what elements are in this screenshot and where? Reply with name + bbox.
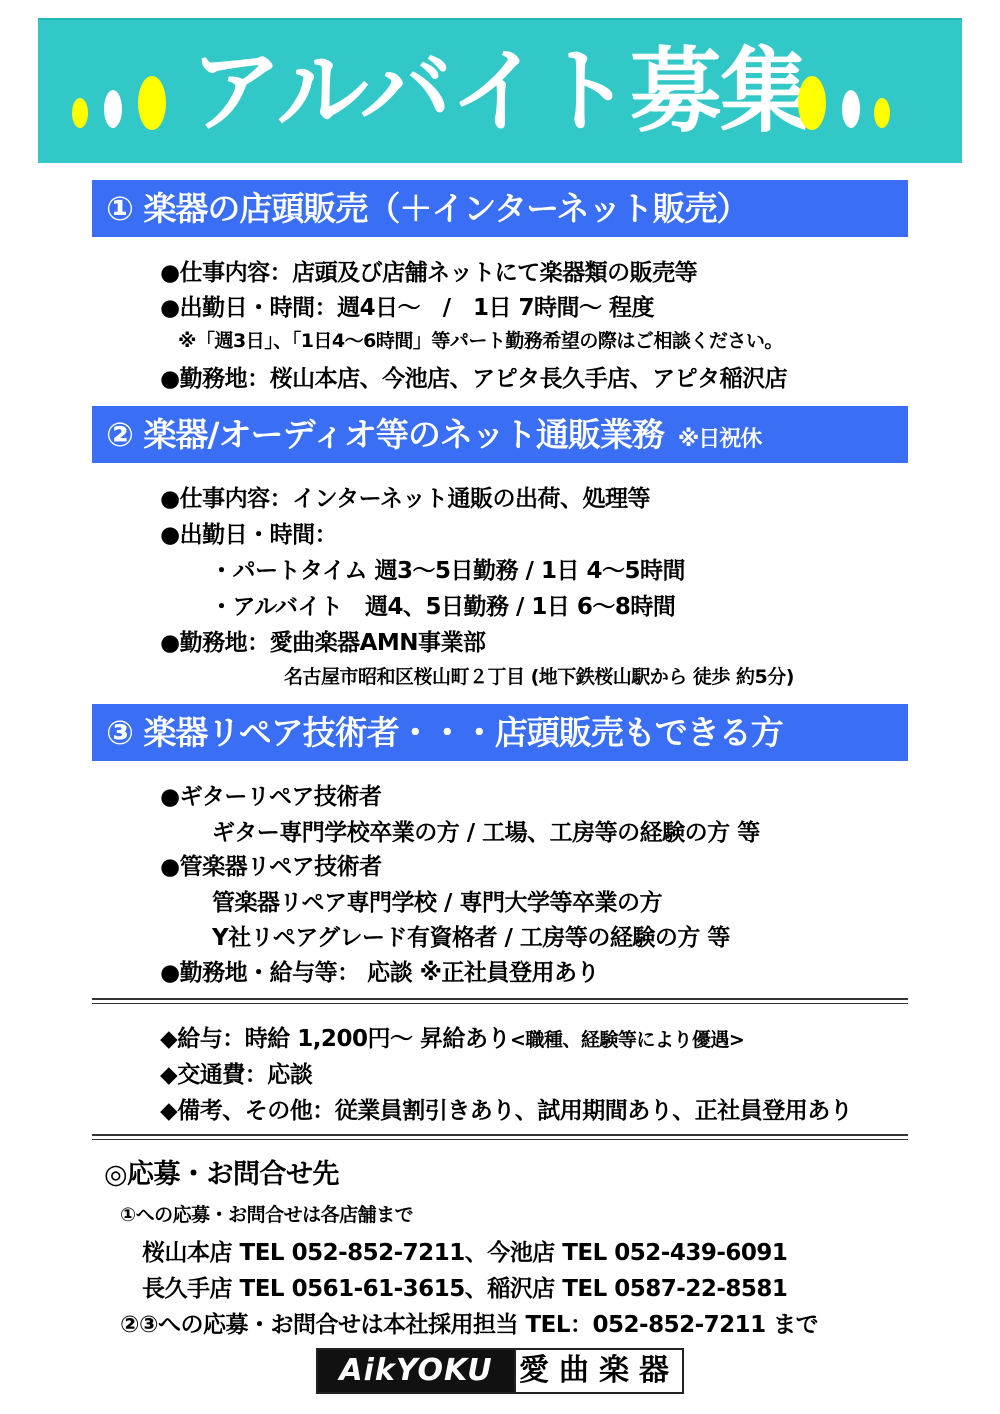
title-banner: アルバイト募集 xyxy=(38,18,962,163)
contact-store-intro: ①への応募・お問合せは各店舗まで xyxy=(120,1200,413,1227)
contact-title: ◎応募・お問合せ先 xyxy=(104,1152,339,1191)
divider xyxy=(92,998,908,1004)
section-1-title: ① 楽器の店頭販売（＋インターネット販売） xyxy=(106,189,748,228)
contact-phones-2: 長久手店 TEL 0561-61-3615、稲沢店 TEL 0587-22-85… xyxy=(142,1270,787,1303)
logo-jp: 愛曲楽器 xyxy=(514,1350,682,1392)
section-3-guitar-title: ●ギターリペア技術者 xyxy=(160,778,381,811)
section-1-note: ※「週3日」、「1日4～6時間」等パート勤務希望の際はご相談ください。 xyxy=(178,326,783,353)
contact-phones-1: 桜山本店 TEL 052-852-7211、今池店 TEL 052-439-60… xyxy=(142,1234,787,1267)
section-2-arbeit: ・アルバイト 週4、5日勤務 / 1日 6～8時間 xyxy=(210,588,675,621)
section-2-note: ※日祝休 xyxy=(678,427,761,452)
contact-hq: ②③への応募・お問合せは本社採用担当 TEL：052-852-7211 まで xyxy=(120,1306,818,1339)
section-3-title: ③ 楽器リペア技術者・・・店頭販売もできる方 xyxy=(106,713,783,752)
section-3-location: ●勤務地・給与等： 応談 ※正社員登用あり xyxy=(160,954,599,987)
section-2-address: 名古屋市昭和区桜山町２丁目 (地下鉄桜山駅から 徒歩 約5分) xyxy=(284,662,794,689)
section-3-header: ③ 楽器リペア技術者・・・店頭販売もできる方 xyxy=(92,704,908,761)
section-1-header: ① 楽器の店頭販売（＋インターネット販売） xyxy=(92,180,908,237)
transport: ◆交通費：応談 xyxy=(160,1056,312,1089)
salary-line: ◆給与：時給 1,200円～ 昇給あり<職種、経験等により優遇> xyxy=(160,1020,744,1053)
salary: ◆給与：時給 1,200円～ 昇給あり xyxy=(160,1026,510,1052)
remarks: ◆備考、その他：従業員割引きあり、試用期間あり、正社員登用あり xyxy=(160,1092,852,1125)
section-3-wind-title: ●管楽器リペア技術者 xyxy=(160,848,382,881)
section-1-schedule: ●出勤日・時間：週4日～ / 1日 7時間～ 程度 xyxy=(160,289,654,322)
divider xyxy=(92,1134,908,1140)
section-2-schedule-label: ●出勤日・時間： xyxy=(160,516,337,549)
salary-note: <職種、経験等により優遇> xyxy=(510,1029,744,1051)
section-3-wind-req-2: Y社リペアグレード有資格者 / 工房等の経験の方 等 xyxy=(212,919,730,952)
aikyoku-logo: AikYOKU 愛曲楽器 xyxy=(316,1348,684,1394)
section-1-location: ●勤務地：桜山本店、今池店、アピタ長久手店、アピタ稲沢店 xyxy=(160,360,787,393)
section-3-wind-req-1: 管楽器リペア専門学校 / 専門大学等卒業の方 xyxy=(212,884,662,917)
logo-en: AikYOKU xyxy=(318,1350,514,1392)
dot-decoration-icon xyxy=(874,98,890,128)
section-1-job-content: ●仕事内容：店頭及び店舗ネットにて楽器類の販売等 xyxy=(160,254,697,287)
section-2-parttime: ・パートタイム 週3～5日勤務 / 1日 4～5時間 xyxy=(210,552,685,585)
section-2-header: ② 楽器/オーディオ等のネット通販業務※日祝休 xyxy=(92,406,908,463)
dot-decoration-icon xyxy=(842,90,860,128)
dot-decoration-icon xyxy=(798,76,826,130)
section-2-title: ② 楽器/オーディオ等のネット通販業務 xyxy=(106,415,664,454)
section-2-location: ●勤務地：愛曲楽器AMN事業部 xyxy=(160,624,486,657)
section-2-job-content: ●仕事内容：インターネット通販の出荷、処理等 xyxy=(160,480,650,513)
section-3-guitar-req: ギター専門学校卒業の方 / 工場、工房等の経験の方 等 xyxy=(212,814,760,847)
